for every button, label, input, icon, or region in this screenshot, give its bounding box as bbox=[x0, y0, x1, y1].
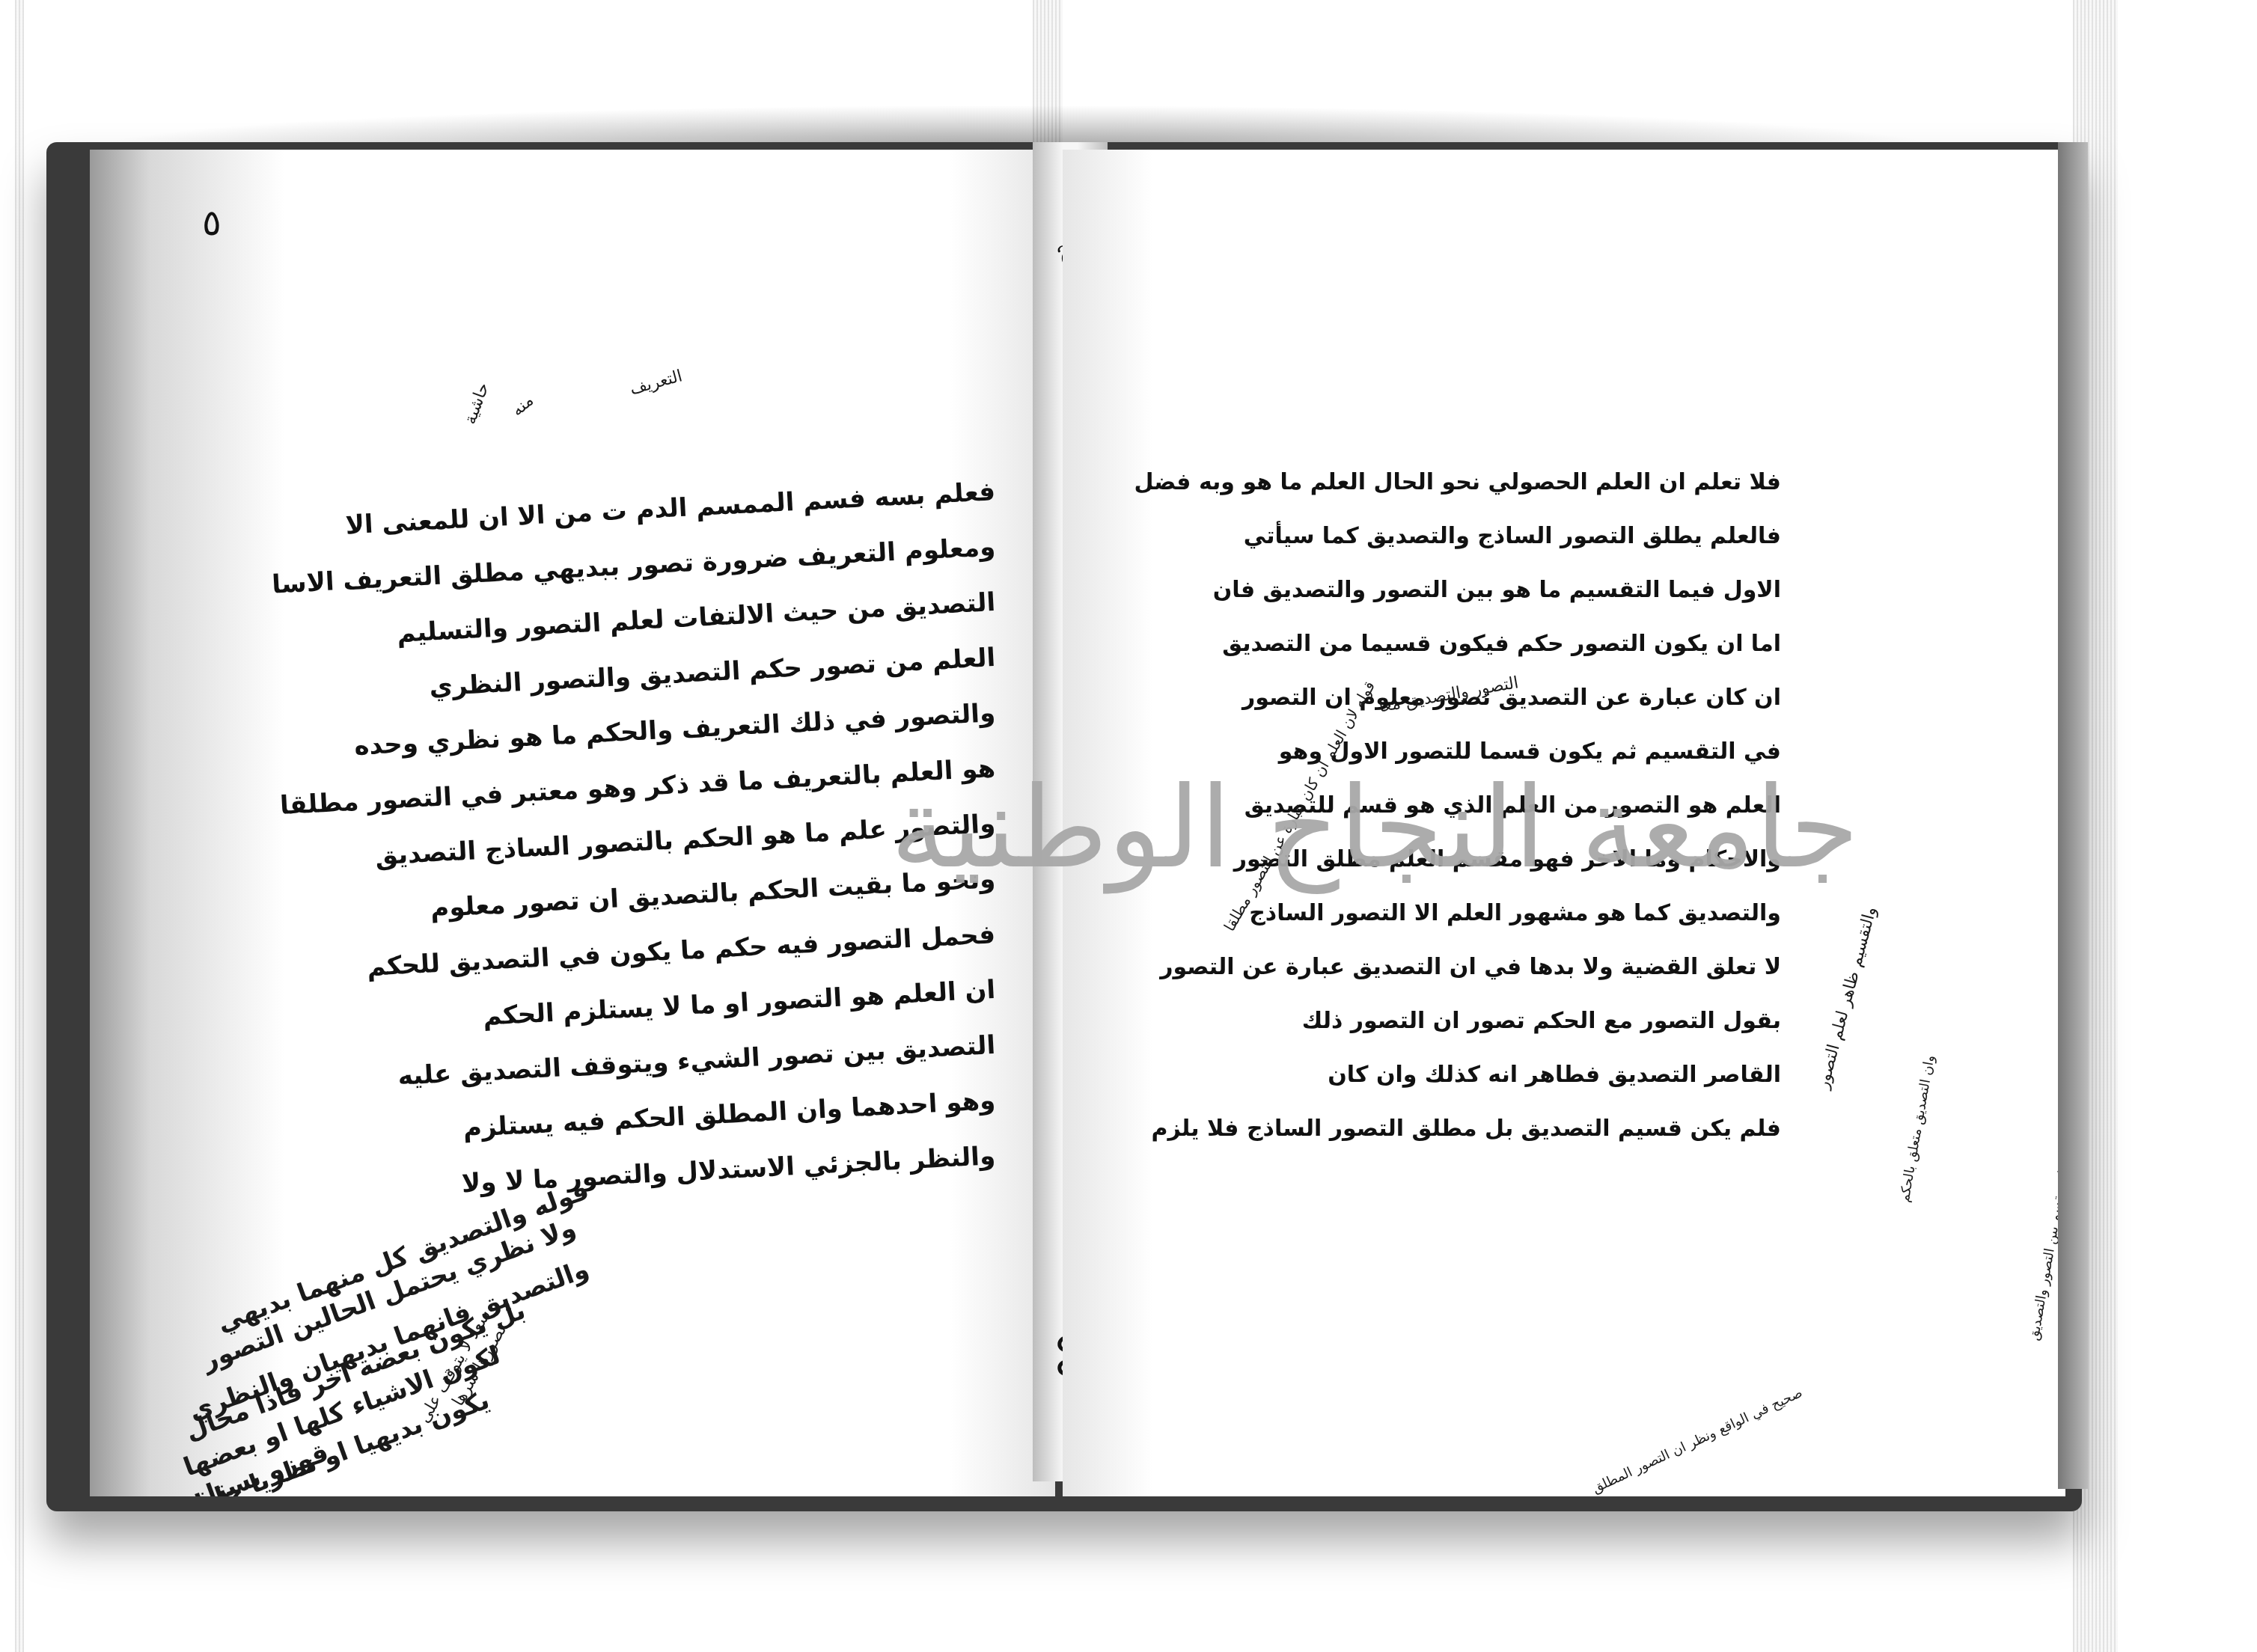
margin-note: والتقسيم ظاهر لعلم التصور bbox=[1814, 905, 1881, 1091]
text-line: والتصور في ذلك التعريف والحكم ما هو نظري… bbox=[397, 700, 996, 757]
text-line: ان العلم هو التصور او ما لا يستلزم الحكم bbox=[397, 977, 996, 1034]
watermark: جامعة النجاح الوطنية bbox=[891, 763, 1859, 893]
text-line: فحمل التصور فيه حكم ما يكون في التصديق ل… bbox=[397, 922, 996, 979]
background-stripe-left bbox=[15, 0, 24, 1652]
text-line: العلم من تصور حكم التصديق والتصور النظري bbox=[397, 645, 996, 702]
text-line: بقول التصور مع الحكم تصور ان التصور ذلك bbox=[1242, 1010, 1781, 1032]
text-line: التصديق بين تصور الشيء ويتوقف التصديق عل… bbox=[397, 1032, 996, 1089]
text-line: الاول فيما التقسيم ما هو بين التصور والت… bbox=[1242, 579, 1781, 602]
page-number: ٥ bbox=[202, 202, 222, 244]
text-line: لا تعلق القضية ولا بدها في ان التصديق عب… bbox=[1242, 956, 1781, 979]
text-line: التصديق من حيث الالتفات لعلم التصور والت… bbox=[397, 590, 996, 646]
book-edge bbox=[2058, 142, 2088, 1489]
text-line: فعلم بسه فسم الممسم الدم ت من الا ان للم… bbox=[397, 479, 996, 536]
text-line: فلم يكن قسيم التصديق بل مطلق التصور السا… bbox=[1242, 1118, 1781, 1140]
text-line: فالعلم يطلق التصور الساذج والتصديق كما س… bbox=[1242, 525, 1781, 548]
text-line: والنظر بالجزئي الاستدلال والتصور ما لا و… bbox=[397, 1143, 996, 1200]
text-line: فلا تعلم ان العلم الحصولي نحو الحال العل… bbox=[1242, 471, 1781, 494]
text-line: اما ان يكون التصور حكم فيكون قسيما من ال… bbox=[1242, 633, 1781, 655]
text-line: وهو احدهما وان المطلق الحكم فيه يستلزم bbox=[397, 1088, 996, 1145]
text-line: والتصديق كما هو مشهور العلم الا التصور ا… bbox=[1242, 902, 1781, 925]
top-annotation: منه bbox=[508, 391, 537, 420]
margin-note: صحيح في الواقع ونظر ان التصور المطلق bbox=[1589, 1385, 1805, 1496]
text-line: ومعلوم التعريف ضرورة تصور ببديهي مطلق ال… bbox=[397, 534, 996, 591]
text-line: القاصر التصديق فطاهر انه كذلك وان كان bbox=[1242, 1064, 1781, 1086]
top-annotation: حاشية bbox=[461, 380, 493, 426]
margin-note: وان التصديق متعلق بالحكم bbox=[1896, 1054, 1937, 1204]
top-annotation: التعريف bbox=[628, 367, 684, 399]
